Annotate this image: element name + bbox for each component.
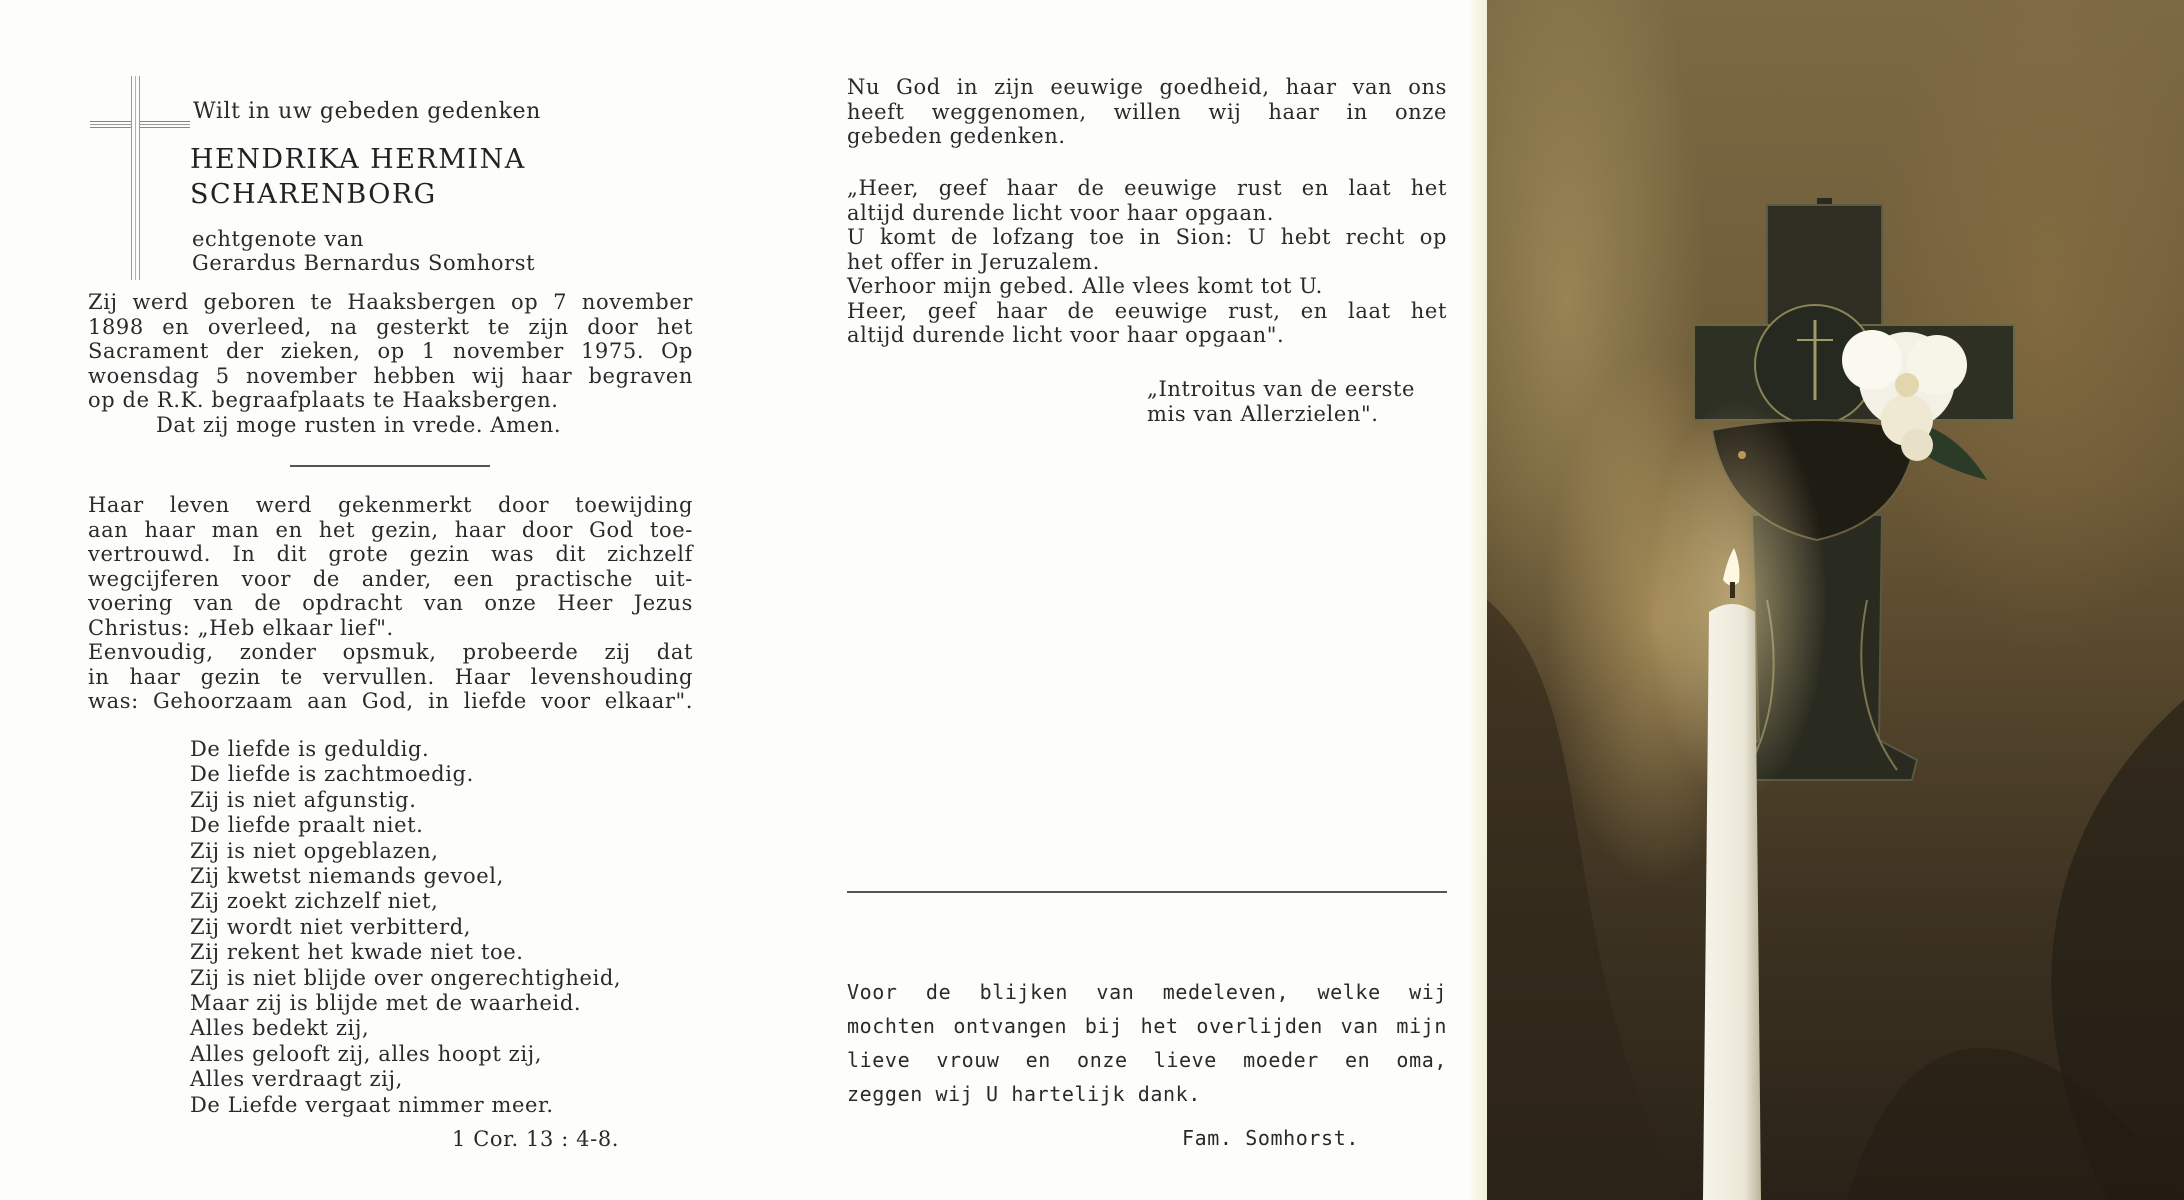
prayer-quote-line: altijd durende licht voor haar opgaan. xyxy=(847,201,1447,226)
deceased-name-line2: SCHARENBORG xyxy=(190,178,437,212)
biography-line: 1898 en overleed, na gesterkt te zijn do… xyxy=(88,315,693,340)
cross-ornament-left-arm xyxy=(90,121,131,128)
biography-line: Sacrament der zieken, op 1 november 1975… xyxy=(88,339,693,364)
poem-line: Alles gelooft zij, alles hoopt zij, xyxy=(190,1042,621,1067)
biography-line: woensdag 5 november hebben wij haar begr… xyxy=(88,364,693,389)
thanks: Voor de blijken van medeleven, welke wij… xyxy=(847,975,1447,1111)
poem-line: Alles bedekt zij, xyxy=(190,1016,621,1041)
candle-icon xyxy=(1647,400,1827,1200)
cross-candle-flower-illustration xyxy=(1487,0,2184,1200)
tribute-line: voering van de opdracht van onze Heer Je… xyxy=(88,591,693,616)
memorial-photo xyxy=(1487,0,2184,1200)
cross-ornament-right-arm xyxy=(140,121,190,128)
poem-line: Zij kwetst niemands gevoel, xyxy=(190,864,621,889)
thanks-signature: Fam. Somhorst. xyxy=(1182,1126,1359,1151)
tribute: Haar leven werd gekenmerkt door toewijdi… xyxy=(88,493,693,714)
biography-line: Zij werd geboren te Haaksbergen op 7 nov… xyxy=(88,290,693,315)
prayer-intro: Nu God in zijn eeuwige goedheid, haar va… xyxy=(847,75,1447,149)
prayer-quote-line: Heer, geef haar de eeuwige rust, en laat… xyxy=(847,299,1447,324)
thanks-line: Voor de blijken van medeleven, welke wij xyxy=(847,975,1447,1009)
tribute-line: Haar leven werd gekenmerkt door toewijdi… xyxy=(88,493,693,518)
tribute-line: aan haar man en het gezin, haar door God… xyxy=(88,518,693,543)
prayer-source-line: „Introitus van de eerste xyxy=(1147,377,1415,402)
prayer-quote: „Heer, geef haar de eeuwige rust en laat… xyxy=(847,176,1447,348)
poem-line: Zij zoekt zichzelf niet, xyxy=(190,889,621,914)
prayer-quote-line: altijd durende licht voor haar opgaan". xyxy=(847,323,1447,348)
cross-ornament-vertical xyxy=(131,76,140,280)
poem-line: Zij wordt niet verbitterd, xyxy=(190,915,621,940)
prayer-quote-line: „Heer, geef haar de eeuwige rust en laat… xyxy=(847,176,1447,201)
prayer-quote-line: Verhoor mijn gebed. Alle vlees komt tot … xyxy=(847,274,1447,299)
tribute-line: was: Gehoorzaam aan God, in liefde voor … xyxy=(88,689,693,714)
prayer-intro-line: heeft weggenomen, willen wij haar in onz… xyxy=(847,100,1447,125)
tribute-line: wegcijferen voor de ander, een practisch… xyxy=(88,567,693,592)
spouse-label: echtgenote van xyxy=(192,227,364,252)
prayer-intro-line: gebeden gedenken. xyxy=(847,124,1447,149)
biography: Zij werd geboren te Haaksbergen op 7 nov… xyxy=(88,290,693,437)
poem-line: De Liefde vergaat nimmer meer. xyxy=(190,1093,621,1118)
prayer-intro-line: Nu God in zijn eeuwige goedheid, haar va… xyxy=(847,75,1447,100)
tribute-line: vertrouwd. In dit grote gezin was dit zi… xyxy=(88,542,693,567)
poem-line: De liefde is geduldig. xyxy=(190,737,621,762)
poem-line: Alles verdraagt zij, xyxy=(190,1067,621,1092)
poem-line: De liefde is zachtmoedig. xyxy=(190,762,621,787)
tribute-line: Eenvoudig, zonder opsmuk, probeerde zij … xyxy=(88,640,693,665)
poem-line: Zij is niet blijde over ongerechtigheid, xyxy=(190,966,621,991)
section-divider xyxy=(290,465,490,467)
tribute-line: in haar gezin te vervullen. Haar levensh… xyxy=(88,665,693,690)
poem-reference: 1 Cor. 13 : 4-8. xyxy=(452,1127,619,1152)
poem-line: De liefde praalt niet. xyxy=(190,813,621,838)
thanks-divider xyxy=(847,891,1447,893)
biography-closing: Dat zij moge rusten in vrede. Amen. xyxy=(88,413,693,438)
poem-line: Zij is niet afgunstig. xyxy=(190,788,621,813)
poem-line: Maar zij is blijde met de waarheid. xyxy=(190,991,621,1016)
prayer-quote-line: het offer in Jeruzalem. xyxy=(847,250,1447,275)
invocation: Wilt in uw gebeden gedenken xyxy=(193,100,541,125)
tribute-line: Christus: „Heb elkaar lief". xyxy=(88,616,693,641)
spouse-name: Gerardus Bernardus Somhorst xyxy=(192,251,535,276)
thanks-line: lieve vrouw en onze lieve moeder en oma, xyxy=(847,1043,1447,1077)
poem-line: Zij is niet opgeblazen, xyxy=(190,839,621,864)
prayer-source: „Introitus van de eerste mis van Allerzi… xyxy=(1147,377,1415,426)
prayer-source-line: mis van Allerzielen". xyxy=(1147,402,1415,427)
fold-gutter xyxy=(1470,0,1487,1200)
poem-line: Zij rekent het kwade niet toe. xyxy=(190,940,621,965)
poem: De liefde is geduldig.De liefde is zacht… xyxy=(190,737,621,1118)
prayer-quote-line: U komt de lofzang toe in Sion: U hebt re… xyxy=(847,225,1447,250)
thanks-line: mochten ontvangen bij het overlijden van… xyxy=(847,1009,1447,1043)
biography-line: op de R.K. begraafplaats te Haaksbergen. xyxy=(88,388,693,413)
thanks-line: zeggen wij U hartelijk dank. xyxy=(847,1077,1447,1111)
deceased-name-line1: HENDRIKA HERMINA xyxy=(190,143,526,177)
